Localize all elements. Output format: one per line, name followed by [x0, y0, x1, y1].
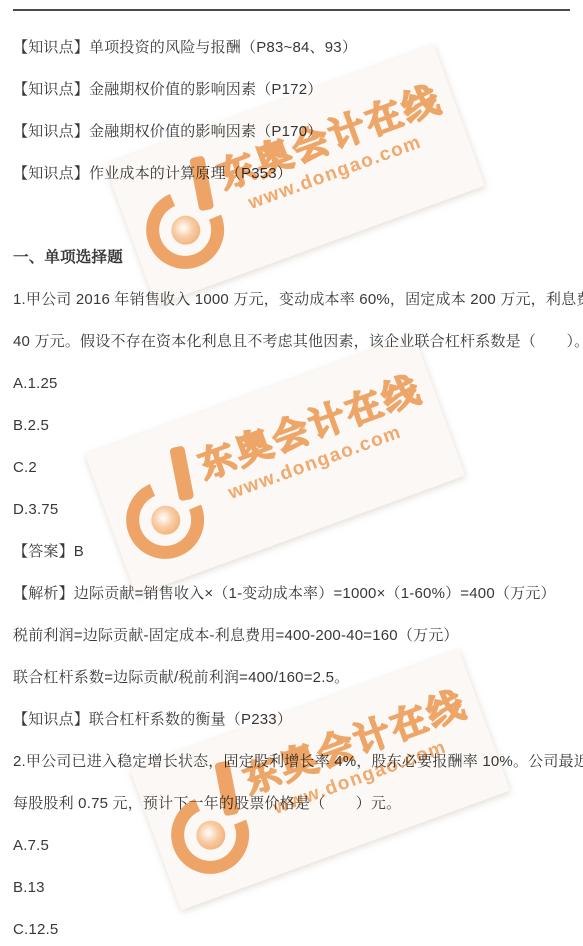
knowledge-point-line: 【知识点】金融期权价值的影响因素（P170） — [13, 111, 573, 153]
question-1-option-c: C.2 — [13, 447, 573, 489]
question-1-analysis-line: 税前利润=边际贡献-固定成本-利息费用=400-200-40=160（万元） — [13, 615, 573, 657]
question-1-knowledge-point: 【知识点】联合杠杆系数的衡量（P233） — [13, 699, 573, 741]
question-1-option-a: A.1.25 — [13, 363, 573, 405]
question-1-answer: 【答案】B — [13, 531, 573, 573]
question-1-analysis-line: 联合杠杆系数=边际贡献/税前利润=400/160=2.5。 — [13, 657, 573, 699]
question-1-stem-line: 1.甲公司 2016 年销售收入 1000 万元，变动成本率 60%，固定成本 … — [13, 279, 573, 321]
question-2-stem-line: 每股股利 0.75 元，预计下一年的股票价格是（ ）元。 — [13, 783, 573, 825]
question-1-analysis-line: 【解析】边际贡献=销售收入×（1-变动成本率）=1000×（1-60%）=400… — [13, 573, 573, 615]
question-2-option-a: A.7.5 — [13, 825, 573, 867]
knowledge-point-line: 【知识点】金融期权价值的影响因素（P172） — [13, 69, 573, 111]
top-divider — [13, 9, 570, 11]
question-2-option-b: B.13 — [13, 867, 573, 909]
question-1-option-b: B.2.5 — [13, 405, 573, 447]
blank-line — [13, 195, 573, 237]
knowledge-point-line: 【知识点】单项投资的风险与报酬（P83~84、93） — [13, 27, 573, 69]
question-1-option-d: D.3.75 — [13, 489, 573, 531]
question-2-stem-line: 2.甲公司已进入稳定增长状态，固定股利增长率 4%，股东必要报酬率 10%。公司… — [13, 741, 573, 783]
section-heading: 一、单项选择题 — [13, 237, 573, 279]
document-body: 【知识点】单项投资的风险与报酬（P83~84、93） 【知识点】金融期权价值的影… — [13, 27, 573, 946]
question-2-option-c: C.12.5 — [13, 909, 573, 946]
knowledge-point-line: 【知识点】作业成本的计算原理（P353） — [13, 153, 573, 195]
question-1-stem-line: 40 万元。假设不存在资本化利息且不考虑其他因素，该企业联合杠杆系数是（ ）。 — [13, 321, 573, 363]
